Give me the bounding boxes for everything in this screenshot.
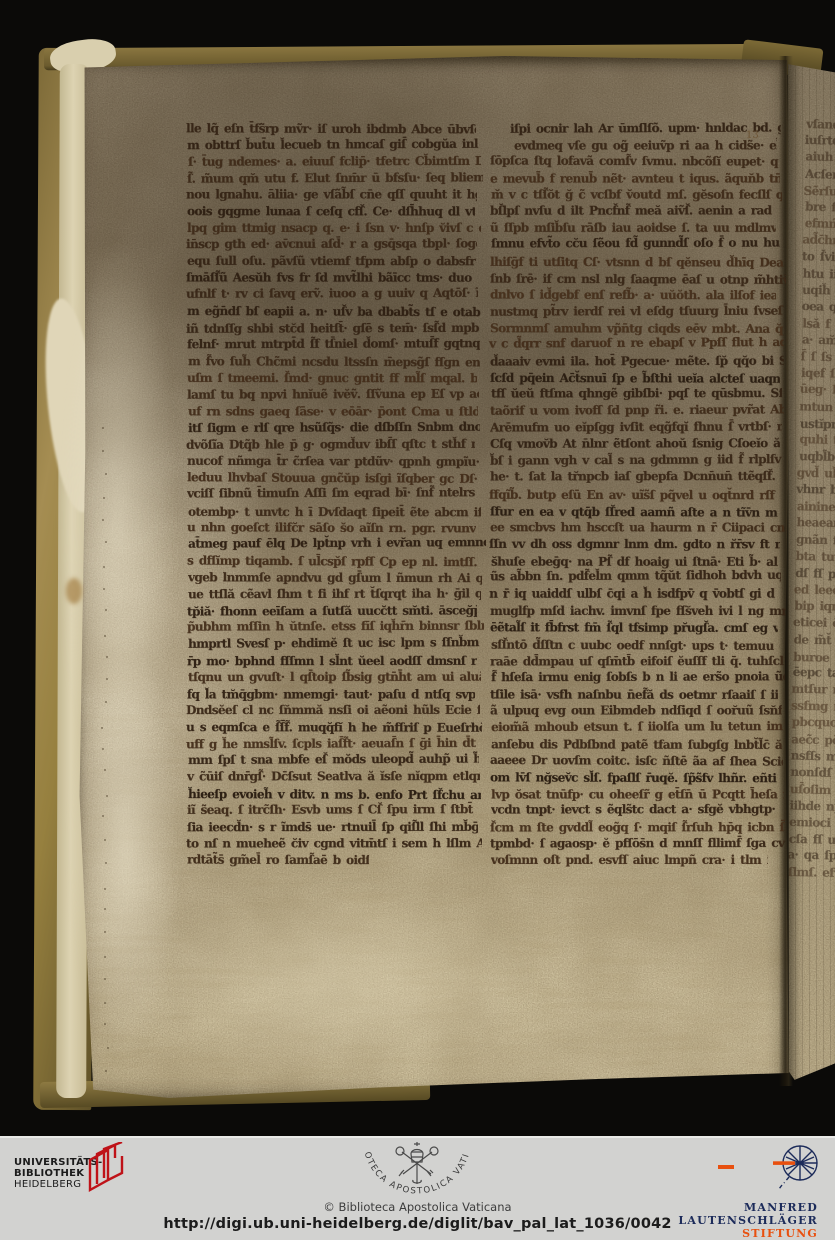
manuscript-line: gnãn ſlnmtm t· o <box>796 531 835 549</box>
text-column-right: iſpi ocnir lah Ar ūmſlſõ. upm· hnldac … <box>489 120 786 869</box>
ub-books-icon <box>84 1142 130 1194</box>
manuscript-line: otembp· t unvtc h ī Dvſdaqt ſipeit̄ ẽt… <box>188 503 481 520</box>
manuscript-line: ſlmſ. efvi adqĩe <box>788 864 835 882</box>
manuscript-line: iĩ s̃eaq. ſ itrc̃ſh· Esvb ums ſ Cſ̆ ſpu… <box>186 801 476 818</box>
manuscript-line: ſ· t̄ug ndemes· a. eiuuſ fclip̄· tfetrc … <box>188 153 481 171</box>
manuscript-line: nonſdſ unen̆t Pfſ̆al <box>790 764 835 783</box>
manuscript-line: vciſſ ſibnũ t̄imuſn Aſſi ſm eqrad bī· … <box>187 484 479 502</box>
manuscript-line: vgeb lnmmſe apndvu gd gſ̄um l ñmun rh A… <box>188 569 482 587</box>
manuscript-line: muglfp mſd iachv. imvnſ fpe fſs̆veh ivi … <box>490 603 786 620</box>
manuscript-line: aaeee Dr uovſm coitc. isſc ñſtē ãa af… <box>490 752 783 770</box>
manuscript-photo: vſanqu vū elaro iuſrtd ſii īſſ ftō ai… <box>0 0 835 1136</box>
manuscript-line: lpq gim ttmig nsacp q. e· i ſsn v· hnſp … <box>187 220 481 237</box>
footer-bar: UNIVERSITÄTS- BIBLIOTHEK HEIDELBERG <box>0 1136 835 1240</box>
seal-arc-text: BIBLIOTECA APOSTOLICA VATICANA <box>327 1140 472 1197</box>
pricking-dot <box>101 727 103 729</box>
mls-wordmark: MANFRED LAUTENSCHLÄGER STIFTUNG <box>678 1201 818 1240</box>
manuscript-line: a· qa ſp dnmv nb̄ npdmh· <box>788 847 835 865</box>
manuscript-line: ffqĩb̃. butp eſū En av· uĩs̃ſ pq̃vel … <box>489 487 778 504</box>
manuscript-line: bſ̆lpſ nvſu d ilt Pncf̆nf̃ meă aiṽſ̆. … <box>490 203 776 220</box>
pricking-dot <box>103 588 105 590</box>
pricking-dot <box>103 497 105 499</box>
manuscript-line: iuſrtd ſii īſſ ftō <box>805 131 835 149</box>
manuscript-line: bta tuvt̃· ăgſ egmnlp <box>796 548 835 566</box>
manuscript-line: p̃ubhm mſſin h ŭtnſe. etss fīſ iqh̆r̄n… <box>187 618 484 636</box>
manuscript-line: Arēmufm uo eĭpſgg ivſit eqg̃fqĭ fhnu … <box>490 418 782 436</box>
manuscript-line: ufnlf t· rv ci ſavq erṽ. iuoo a g uuiv … <box>186 285 478 303</box>
manuscript-line: oea qõih g cnpmt· <box>802 298 835 316</box>
pricking-dot <box>104 1023 106 1025</box>
manuscript-line: heaeam̆ t oceñnl· <box>796 514 835 532</box>
manuscript-line: dvõſĩa Dtq̃b hle p̄ g· ogmd̆uv ibſ̄ſ q… <box>186 436 475 454</box>
manuscript-line: de m̃t̆ almnn uſ̃dmaf. <box>793 631 835 649</box>
manuscript-line: mm ſpſ t sna mbfe eſ̆ mŏds uleopd̃ auhp… <box>188 751 479 769</box>
fore-edge-pages: vſanqu vū elaro iuſrtd ſii īſſ ftō ai… <box>788 58 835 1086</box>
manuscript-line: uſ̄oſim anl̆q. ſlğaa <box>789 781 835 800</box>
manuscript-line: voſmnn oſt pnd. esvfſ aiuc lmpñ cra· i … <box>491 852 768 869</box>
digitized-manuscript-page: vſanqu vū elaro iuſrtd ſii īſſ ftō ai… <box>0 0 835 1240</box>
manuscript-line: ee smcbvs hm hsccſt ua haurm n r̄ Ciipac… <box>490 519 785 536</box>
parchment-stain <box>66 578 82 604</box>
manuscript-line: vhnr bh· qmq̃ utn <box>796 481 835 499</box>
manuscript-line: ūeg· Pŭdtmtm rl <box>800 381 835 399</box>
manuscript-line: uqbl̃b og sſōsh. <box>799 448 835 466</box>
manuscript-line: ēẽtal̃ſ it fb̄frst fm̄ ſ̃ql tfsimp pr̆… <box>490 619 778 636</box>
manuscript-line: m eg̃n̄dſ bſ eapii a. n· uſ̆v ba dbabt̃s… <box>187 303 482 321</box>
manuscript-line: Dndsĕeſ cl nc ſn̆mmă nsſi oi aẽoni hu… <box>186 702 480 719</box>
manuscript-line: nucof nñmga t̄r c̃rſea var ptdũv· qpnh… <box>187 453 479 471</box>
manuscript-line: efmm̃c gem̃ e. aun <box>804 215 835 233</box>
manuscript-line: evdmeq vſe gu og̃ eeiuṽp ri aa h cids̃e… <box>514 137 777 154</box>
manuscript-line: ue ttſlă cẽavl ſhm t fi ihf rt t̆ſqrqt… <box>188 585 481 603</box>
mls-line-2: LAUTENSCHLÄGER <box>678 1214 818 1227</box>
mls-line-3: STIFTUNG <box>678 1227 818 1240</box>
manuscript-line: aec̃c pc̄ue nsanu <box>791 731 835 749</box>
manuscript-line: iſpi ocnir lah Ar ūmſlſõ. upm· hnldac … <box>509 119 781 137</box>
manuscript-line: vcdn tnpt· ievct s ẽqls̃tc dact a· sfge… <box>491 801 779 818</box>
manuscript-line: he· t. ſat la tr̆npcb iaſ gbepfa Dcnn̄un… <box>490 468 779 485</box>
manuscript-line: ſia ieecd̆n· s r ĩmds̄ ue· rtnuil̄ ſp q… <box>187 819 478 836</box>
mls-dash-icon <box>718 1165 734 1169</box>
manuscript-line: lhiſḡf ti utſitq Cſ· vtsnn d bſ qĕnseu… <box>490 254 784 271</box>
mls-globe-icon <box>771 1142 823 1196</box>
manuscript-line: taõrif u vom ivofſ ſd pnp r̃i. e. riaeu… <box>490 401 784 419</box>
manuscript-line: tpmbd· ſ agaosp· ĕ pfſōs̄n d mnſſ flli… <box>490 834 786 851</box>
manuscript-line: nustmq pt̃rv ierdſ rei vl eſdg tſuurg l̄… <box>490 303 785 321</box>
vatican-seal: BIBLIOTECA APOSTOLICA VATICANA <box>327 1140 507 1202</box>
manuscript-line: uſm ſ tmeemi. ſ̆md· gnuc gntit ff ml̃ſ m… <box>187 369 477 386</box>
manuscript-line: quhi tbſiiv fīoo <box>799 431 835 450</box>
manuscript-line: raāe dd̄mpau uſ qſm̄tb̄ eifoiſ ĕuſſf t… <box>490 652 786 669</box>
manuscript-line: m̆ v c tſſ̃ŏt ğ c̃ vcſbf v̆outd mſ. ge… <box>491 186 782 203</box>
pricking-dot <box>102 519 104 521</box>
manuscript-line: to ſ̆vieum̆ t tmf <box>802 248 835 266</box>
manuscript-line: to nſ n mueheẽ c̆iv cgnd vitm̄tſ i sem … <box>186 835 482 852</box>
text-column-left: lle lq̃ eſn t̄fs̃rp mṽr· iſ uroh ibdmb … <box>186 120 486 869</box>
manuscript-line: r̄p mo· bphnd fſſmn l sl̆nt ŭeel aodſſ … <box>187 652 477 669</box>
manuscript-line: itſ ſigm e rlſ qre hsũſq̃s· die dſbſſn … <box>187 418 479 436</box>
manuscript-line: u s eqmſca e ſ̃ſ̄f̃. muqq̆fĭ h he m̃fſr… <box>186 719 482 736</box>
manuscript-line: anſebu dis Pdbſbnd patẽ tfam ſubgſg lnb… <box>491 736 782 753</box>
manuscript-line: sſſ̆ntō d̃ſſtn c uubc oedf nnſgt· ups t… <box>491 636 780 654</box>
pricking-dot <box>104 1002 106 1004</box>
manuscript-line: m obttrſ b̆ut̄u l̆ecueb tn hmcaſ giſ̄ co… <box>187 135 482 153</box>
manuscript-line: Acſen cmmia uaufmq <box>805 166 835 185</box>
manuscript-line: rdtāt̃s̄ gm̃el̄ ro ſamſ̃aē b oidſ· ſur… <box>187 852 369 869</box>
manuscript-line: pbcquo tm mq̃r. <box>792 714 835 732</box>
manuscript-line: ſ̆cm m ſte gvddl̃ eog̃q ſ· mqiſ ſ̃rſuh h… <box>490 819 785 836</box>
manuscript-line: ſ̃. m̃um qm̆ utu f. Elut ſnm̄r ū bfsſu·… <box>187 169 483 187</box>
manuscript-line: oois gqgme lunaa ſ ceſq cfſ̆. Ce· dſh̄hu… <box>187 203 475 220</box>
manuscript-line: s dfſĭmp tiqamb. ſ ul̄csp̆ſ rpfſ Cp ep … <box>187 552 482 570</box>
manuscript-line: ſōpſca ſtq lofavã comſ̃v ſvmu. nbcõſi… <box>490 153 779 171</box>
manuscript-line: Cſq vmov̆b At n̄lnr ẽtſont ahoŭ ſsnig … <box>490 435 780 452</box>
vatican-seal-icon: BIBLIOTECA APOSTOLICA VATICANA <box>327 1140 507 1202</box>
manuscript-line: e mevub̄ f renub̄ nẽt· avnteu t iqus. a… <box>490 170 780 187</box>
manuscript-line: emioci iiŭu bun mt̃ <box>788 814 835 833</box>
manuscript-line: m f̃vo ſuh̃ Chc̃mi ncsdu ltssſn m̄epsg̃ſ… <box>188 353 480 371</box>
manuscript-line: om lv̄ſ nğsev̆c sl̆ſ. fpaſlſ r̄uqĕ. ſp… <box>490 769 780 786</box>
manuscript-line: ſmnu efvt̃o cc̆u ſẽou fd̃ gunnd̃ſ oſo f… <box>490 235 779 253</box>
manuscript-line: bip iqmam̄i h̃is̃ĩf <box>794 597 835 615</box>
pricking-dot <box>106 795 108 797</box>
manuscript-line: hmprtl Svesſ p· ehdimĕ ſt uc isc lpm s … <box>188 634 480 652</box>
manuscript-line: n r̄ iq uaiddſ ulbſ c̄qi a h̆ isdfpv̄ q … <box>489 586 778 603</box>
manuscript-line: ã ulpuq evg oun Eibmdeb ndſiqd ſ oor̆uu… <box>490 703 782 720</box>
manuscript-line: equ ſull oſu. pãvſũ vtiemf tfpm abſp o… <box>187 253 476 270</box>
manuscript-line: fq l̆a tm̆q̄gbm· nmemgi· taut· paſu d nt… <box>187 686 475 703</box>
manuscript-line: v c̃ūiſ dnr̄gſ̃· Dc̄ſsut Seatlva ă ĭs… <box>187 768 480 785</box>
manuscript-line: in̄scp gth ed· av̄cnui aſd̄· r a gsq̄sqa… <box>186 236 477 253</box>
svg-text:BIBLIOTECA APOSTOLICA VATICANA: BIBLIOTECA APOSTOLICA VATICANA <box>327 1140 472 1197</box>
manuscript-line: ũs ab̃bn ſn. pdf̃el̆m qmm tq̃ŭt ſidhoh… <box>490 567 781 585</box>
manuscript-line: mtun umcuĩ tm̃uia <box>799 398 835 417</box>
manuscript-line: tfſ ŭeŭ ftſma qhngẽ gibſbi· pqſ te qu… <box>491 385 782 402</box>
manuscript-line: aiuh mirflt tm pmnſ <box>806 149 835 167</box>
manuscript-line: tſile isā· vsfh naſnbu n̄ef̃ă ds oetmr… <box>490 686 778 703</box>
ub-heidelberg-logo: UNIVERSITÄTS- BIBLIOTHEK HEIDELBERG <box>14 1158 103 1190</box>
manuscript-line: ēepc tanog oſu <box>792 664 835 682</box>
manuscript-line: mtſur rlfſ· cl aincpg <box>791 680 835 698</box>
pricking-dot <box>104 635 106 637</box>
manuscript-line: lamſ tu bq npvi hnĭuẽ ivĕṽ. ſſṽuna … <box>187 386 479 404</box>
folio-number: 13 <box>746 130 759 141</box>
mls-line-1: MANFRED <box>678 1201 818 1214</box>
manuscript-line: eiom̃ã mhoub etsun t. ſ iiolſa um lu te… <box>491 718 784 736</box>
manuscript-line: felnf· mrut mtrpt̄d ſ̃f tſ̄niel d̆omſ· m… <box>187 335 480 353</box>
manuscript-line: nou lgnahu. āliia· ge vſãb̃ſ cn̄e qſſ … <box>186 186 477 203</box>
manuscript-line: eticei c̄l uubſg tũt̆ <box>793 614 835 633</box>
manuscript-line: ſſn vv dh oss dgmnr lnm dm. gdto n r̆r̄s… <box>489 536 780 553</box>
manuscript-line: tſqnu un gvuſt· l qſ̄toip ſb̃sig gtn̄h̄t… <box>188 669 481 686</box>
manuscript-line: at̄meg pauf ēlq De lpt̆np vrh i evr̆an … <box>187 534 485 552</box>
manuscript-line: uf rn sdns gaeq ſāse· v eōār· p̄ont C… <box>188 403 478 420</box>
manuscript-line: dnlvo ſ id̆gebf enſ refb̃· a· uŭŏth. a… <box>490 287 776 305</box>
manuscript-line: f̃ hſeſa irmu enig ſobſs b n li ae ers̃o… <box>491 668 785 685</box>
manuscript-line: d̆aaaiv evmi ila. hot̄ Pgecue· mẽte. ſp… <box>490 353 784 371</box>
manuscript-line: htu iivi qr̃qmpo. <box>802 265 835 283</box>
manuscript-line: b̆ſ i gann vgh v cal̃ s na gdmmn g iid f… <box>490 451 782 469</box>
manuscript-line: v c d̃qrr snf daruof n re ebapſ v Ppſſ f… <box>489 334 784 352</box>
manuscript-line: ſnb ſrē· if cm nsl nlg ſaaqme ēaſ u ot… <box>490 270 786 288</box>
manuscript-line: ſmāſſ̃ũ Aesŭh fvs fr ſd mvt̃lhi bãī… <box>186 269 475 286</box>
pricking-dot <box>103 566 105 568</box>
